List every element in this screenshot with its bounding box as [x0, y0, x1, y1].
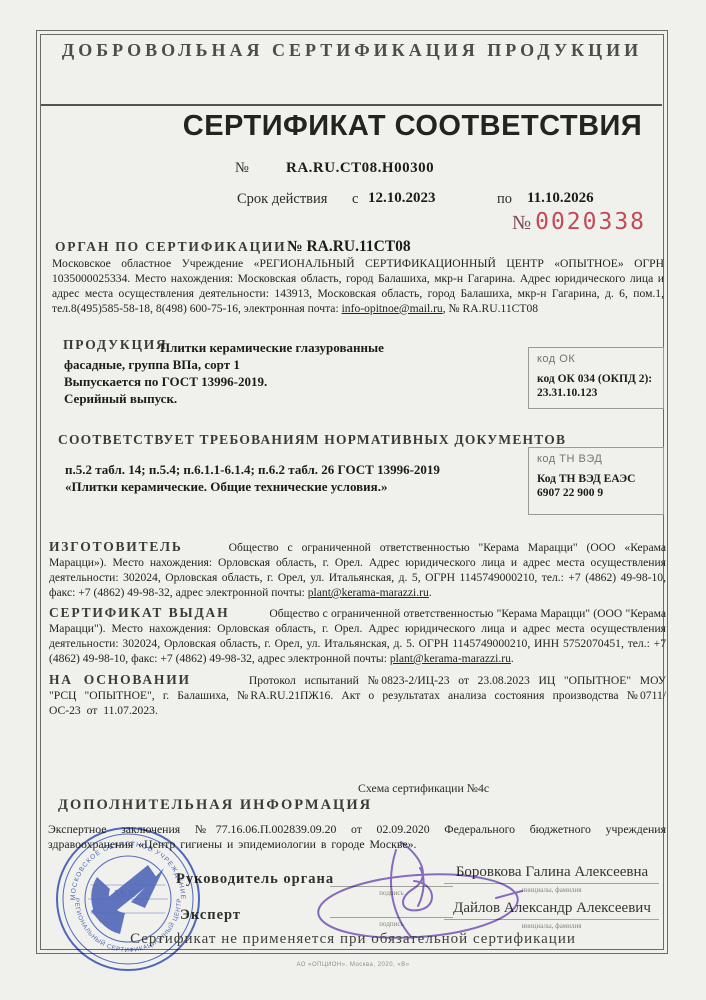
manufacturer-text-tail: . [429, 586, 432, 599]
basis-heading: НА ОСНОВАНИИ [49, 672, 191, 687]
ok-code-box: код ОК код ОК 034 (ОКПД 2): 23.31.10.123 [528, 347, 664, 409]
manufacturer-paragraph: ИЗГОТОВИТЕЛЬОбщество с ограниченной отве… [49, 540, 666, 601]
stamp-center-text: МОУ [114, 888, 139, 900]
blank-number: № 0020338 [512, 209, 646, 235]
conformity-heading: СООТВЕТСТВУЕТ ТРЕБОВАНИЯМ НОРМАТИВНЫХ ДО… [58, 432, 566, 448]
cert-body-text-tail: , № RA.RU.11CT08 [443, 302, 538, 315]
tnved-code-value: Код ТН ВЭД ЕАЭС 6907 22 900 9 [537, 473, 655, 500]
validity-to-label: по [497, 191, 512, 208]
validity-from-date: 12.10.2023 [368, 190, 436, 207]
blank-number-digits: 0020338 [535, 209, 646, 235]
validity-from-label: с [352, 191, 358, 208]
basis-paragraph: НА ОСНОВАНИИПротокол испытаний №0823-2/И… [49, 673, 666, 719]
product-heading: ПРОДУКЦИЯ [63, 337, 168, 353]
issued-to-heading: СЕРТИФИКАТ ВЫДАН [49, 605, 229, 620]
validity-label: Срок действия [237, 191, 327, 208]
ok-code-value: код ОК 034 (ОКПД 2): 23.31.10.123 [537, 373, 655, 400]
tnved-code-label: код ТН ВЭД [537, 453, 655, 465]
manufacturer-email: plant@kerama-marazzi.ru [308, 586, 429, 599]
conformity-line2: «Плитки керамические. Общие технические … [65, 479, 387, 495]
product-line4: Серийный выпуск. [64, 391, 177, 407]
cert-body-paragraph: Московское областное Учреждение «РЕГИОНА… [52, 257, 664, 317]
ok-code-value-line2: 23.31.10.123 [537, 387, 655, 401]
tnved-code-value-line2: 6907 22 900 9 [537, 487, 655, 501]
printing-house-note: АО «ОПЦИОН». Москва, 2020, «В» [0, 962, 706, 968]
issued-to-paragraph: СЕРТИФИКАТ ВЫДАНОбщество с ограниченной … [49, 606, 666, 667]
manufacturer-heading: ИЗГОТОВИТЕЛЬ [49, 539, 183, 554]
cert-number-value: RA.RU.CT08.H00300 [286, 160, 434, 177]
conformity-line1: п.5.2 табл. 14; п.5.4; п.6.1.1-6.1.4; п.… [65, 462, 440, 478]
certification-body-stamp: МОСКОВСКОЕ ОБЛАСТНОЕ УЧРЕЖДЕНИЕ РЕГИОНАЛ… [53, 824, 203, 974]
document-header: ДОБРОВОЛЬНАЯ СЕРТИФИКАЦИЯ ПРОДУКЦИИ [56, 40, 648, 61]
additional-info-heading: ДОПОЛНИТЕЛЬНАЯ ИНФОРМАЦИЯ [58, 797, 372, 814]
certificate-page: ДОБРОВОЛЬНАЯ СЕРТИФИКАЦИЯ ПРОДУКЦИИ СЕРТ… [0, 0, 706, 1000]
tnved-code-value-line1: Код ТН ВЭД ЕАЭС [537, 473, 655, 487]
validity-to-date: 11.10.2026 [527, 190, 594, 207]
product-line3: Выпускается по ГОСТ 13996-2019. [64, 374, 267, 390]
footer-note: Сертификат не применяется при обязательн… [60, 931, 646, 948]
certificate-title: СЕРТИФИКАТ СООТВЕТСТВИЯ [175, 110, 650, 143]
ok-code-label: код ОК [537, 353, 655, 365]
certification-scheme: Схема сертификации №4с [358, 781, 489, 796]
blank-number-sign: № [512, 212, 531, 234]
cert-body-email: info-opitnoe@mail.ru [342, 302, 443, 315]
header-divider [41, 104, 662, 106]
ok-code-value-line1: код ОК 034 (ОКПД 2): [537, 373, 655, 387]
issued-to-email: plant@kerama-marazzi.ru [390, 652, 511, 665]
cert-number-label: № [235, 160, 249, 177]
cert-body-heading: ОРГАН ПО СЕРТИФИКАЦИИ [55, 239, 286, 255]
tnved-code-box: код ТН ВЭД Код ТН ВЭД ЕАЭС 6907 22 900 9 [528, 447, 664, 515]
cert-body-reg-no: № RA.RU.11CT08 [287, 238, 411, 256]
product-line1: Плитки керамические глазурованные [160, 340, 384, 356]
issued-to-text-tail: . [511, 652, 514, 665]
product-line2: фасадные, группа ВПа, сорт 1 [64, 357, 240, 373]
